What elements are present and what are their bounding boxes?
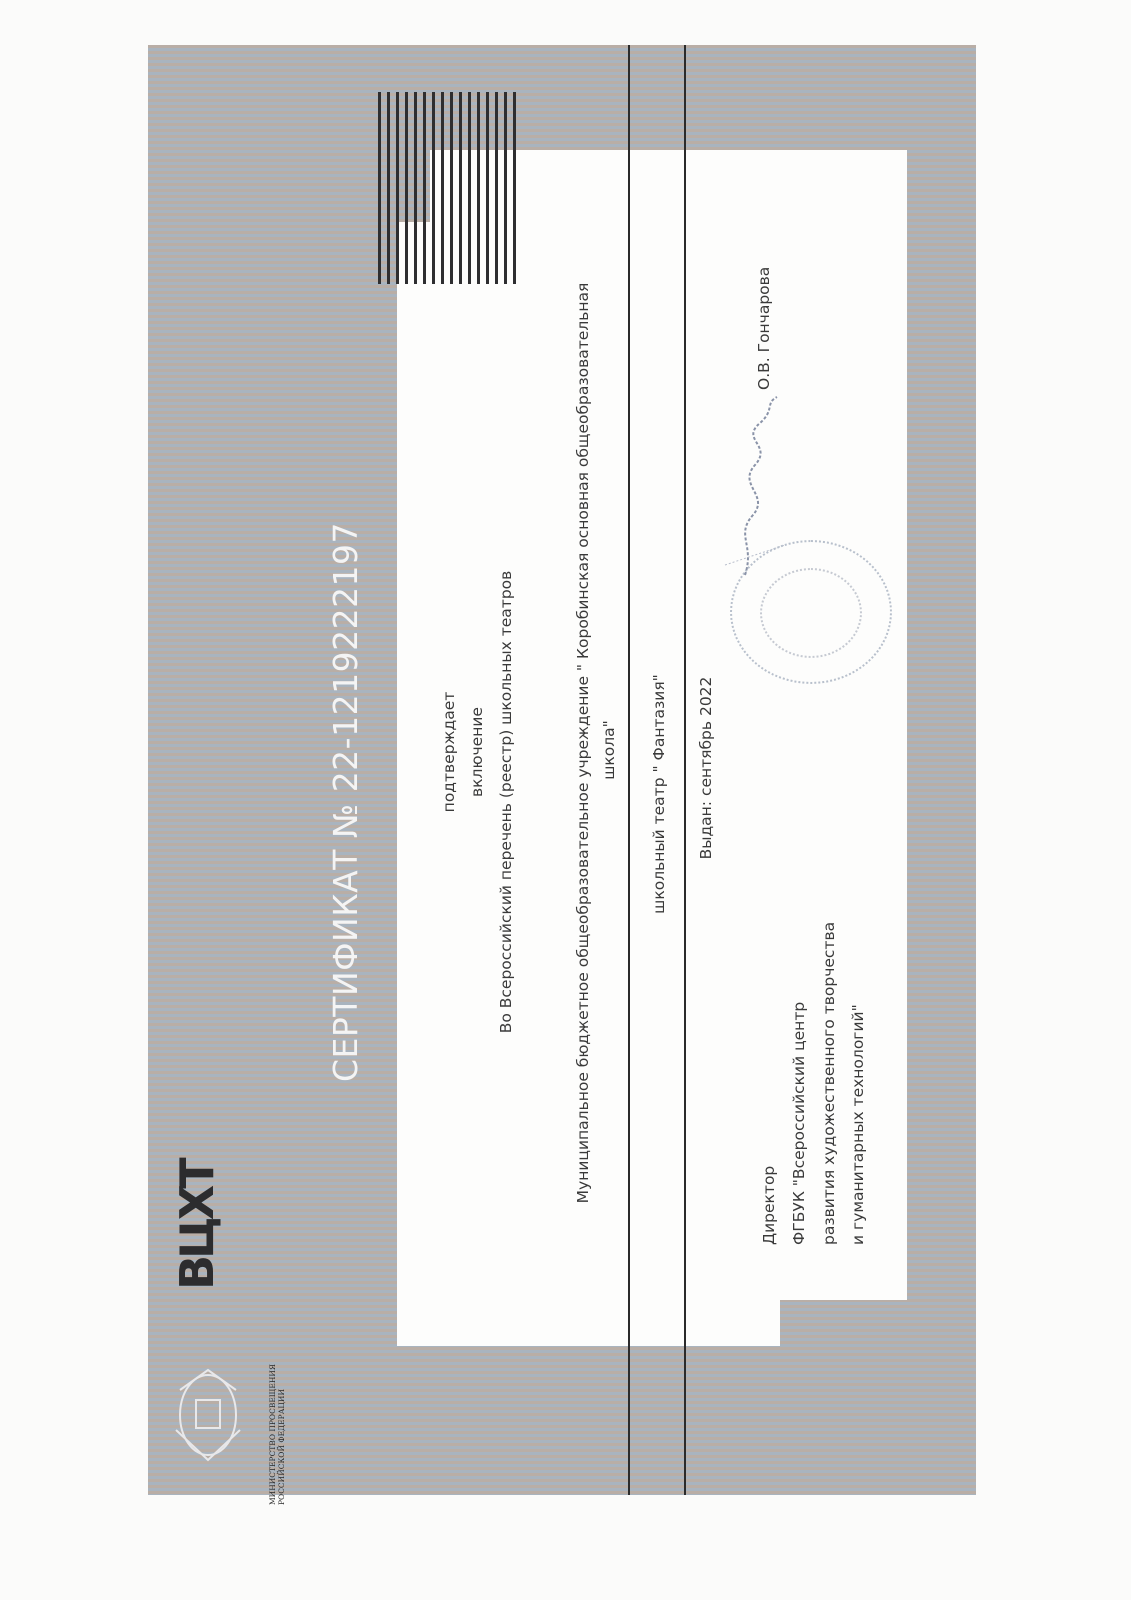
signatory-position-0: Директор <box>760 1166 778 1245</box>
barcode-stripe <box>378 92 381 284</box>
confirms-text: подтверждает <box>440 627 458 877</box>
barcode-stripe <box>459 92 462 284</box>
barcode-stripe <box>504 92 507 284</box>
ministry-line-2: РОССИЙСКОЙ ФЕДЕРАЦИИ <box>277 1364 286 1505</box>
barcode-stripe <box>441 92 444 284</box>
divider-line-1 <box>628 45 630 1495</box>
institution-text-line2: школа" <box>600 720 618 780</box>
signatory-position-1: ФГБУК "Всероссийский центр <box>790 1002 808 1245</box>
certificate-title: СЕРТИФИКАТ № 22-1219222197 <box>326 522 365 1082</box>
theatre-name: школьный театр " Фантазия" <box>650 644 668 944</box>
barcode-stripe <box>432 92 435 284</box>
signatory-position-3: и гуманитарных технологий" <box>849 1004 867 1245</box>
barcode-stripe <box>495 92 498 284</box>
theatre-label: школьный театр " Фантазия" <box>650 674 668 914</box>
barcode-stripe <box>450 92 453 284</box>
barcode-stripe <box>414 92 417 284</box>
signatory-position-2: развития художественного творчества <box>820 922 838 1245</box>
institution-text-line1: Муниципальное бюджетное общеобразователь… <box>574 188 592 1298</box>
inclusion-text: включение <box>468 627 486 877</box>
institution-label-2: школа" <box>600 720 618 780</box>
barcode-stripe <box>513 92 516 284</box>
ministry-caption: МИНИСТЕРСТВО ПРОСВЕЩЕНИЯ РОССИЙСКОЙ ФЕДЕ… <box>268 1364 286 1505</box>
double-headed-eagle-emblem-icon <box>168 1360 248 1470</box>
barcode-stripe <box>477 92 480 284</box>
institution-label-1: Муниципальное бюджетное общеобразователь… <box>574 283 592 1204</box>
inclusion-label: включение <box>468 707 486 797</box>
barcode-stripe <box>405 92 408 284</box>
issued-label: Выдан: сентябрь 2022 <box>697 677 715 860</box>
barcode-stripe <box>396 92 399 284</box>
divider-line-2 <box>684 45 686 1495</box>
logo-text: ВЦХТ <box>170 1161 224 1290</box>
barcode-stripe <box>423 92 426 284</box>
registry-label: Во Всероссийский перечень (реестр) школь… <box>497 571 515 1034</box>
white-panel-barcode-gap <box>397 222 442 292</box>
signature-icon <box>715 395 795 585</box>
issued-date: Выдан: сентябрь 2022 <box>697 658 715 878</box>
barcode-stripe <box>486 92 489 284</box>
registry-text: Во Всероссийский перечень (реестр) школь… <box>497 522 515 1082</box>
ministry-line-1: МИНИСТЕРСТВО ПРОСВЕЩЕНИЯ <box>268 1364 277 1505</box>
vchkht-logo: ВЦХТ <box>170 1161 224 1290</box>
signatory-name: О.В. Гончарова <box>755 267 773 390</box>
barcode-stripe <box>468 92 471 284</box>
barcode-stripe <box>387 92 390 284</box>
confirms-label: подтверждает <box>440 692 458 813</box>
